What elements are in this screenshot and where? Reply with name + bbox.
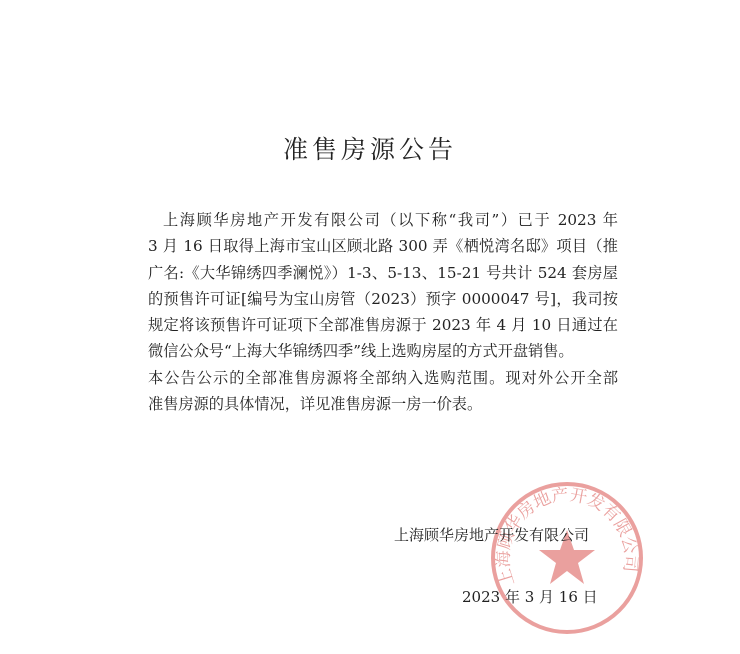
body-line: 上海顾华房地产开发有限公司（以下称“我司”）已于 2023 年: [148, 207, 618, 233]
body-line: 准售房源的具体情况，详见准售房源一房一价表。: [148, 391, 618, 417]
signer-company: 上海顾华房地产开发有限公司: [394, 524, 589, 545]
company-seal-icon: 上海顾华房地产开发有限公司: [487, 478, 647, 638]
body-line: 广名:《大华锦绣四季澜悦》）1-3、5-13、15-21 号共计 524 套房屋: [148, 260, 618, 286]
body-line: 本公告公示的全部准售房源将全部纳入选购范围。现对外公开全部: [148, 365, 618, 391]
announcement-body: 上海顾华房地产开发有限公司（以下称“我司”）已于 2023 年 3 月 16 日…: [148, 207, 618, 417]
document-title: 准售房源公告: [0, 130, 740, 166]
body-line: 的预售许可证[编号为宝山房管（2023）预字 0000047 号]，我司按: [148, 286, 618, 312]
body-line: 规定将该预售许可证项下全部准售房源于 2023 年 4 月 10 日通过在: [148, 312, 618, 338]
signing-date: 2023 年 3 月 16 日: [462, 586, 598, 607]
body-line: 3 月 16 日取得上海市宝山区顾北路 300 弄《栖悦湾名邸》项目（推: [148, 233, 618, 259]
body-line: 微信公众号“上海大华锦绣四季”线上选购房屋的方式开盘销售。: [148, 338, 618, 364]
